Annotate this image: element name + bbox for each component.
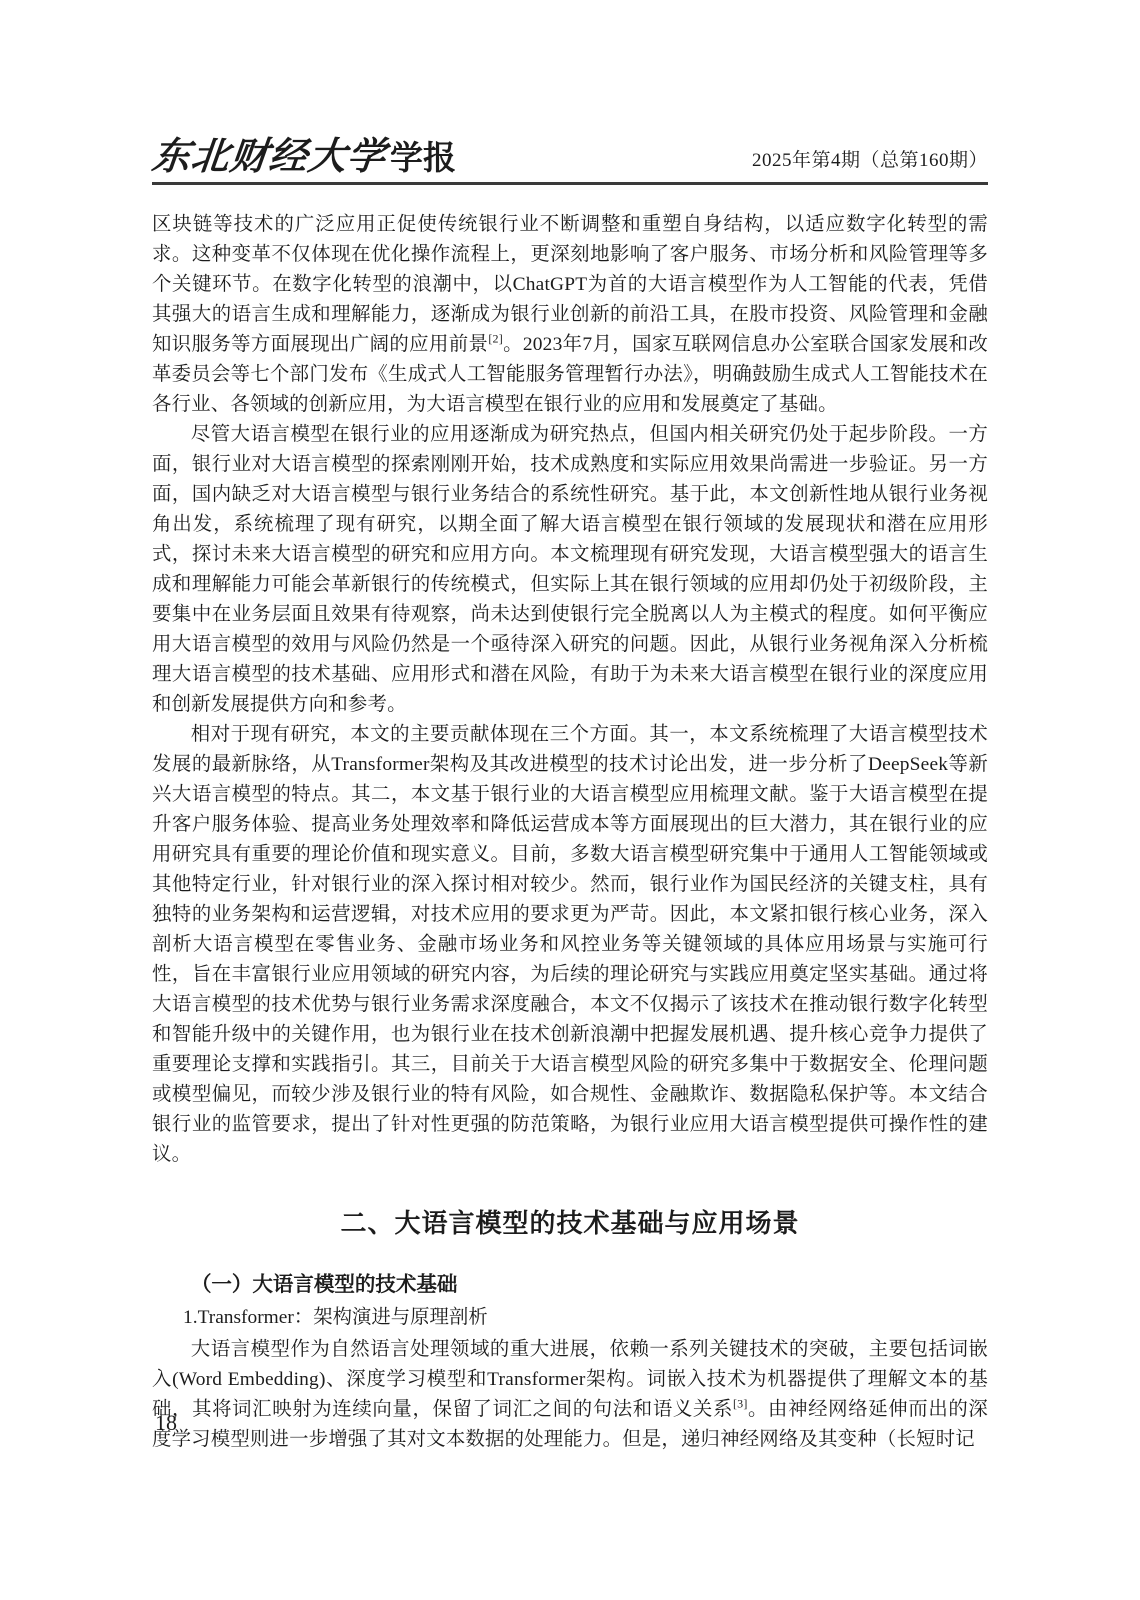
citation-ref: [2]	[488, 332, 503, 346]
page-header: 东北财经大学 学报 2025年第4期（总第160期）	[152, 138, 988, 185]
citation-ref: [3]	[733, 1397, 748, 1411]
issue-info: 2025年第4期（总第160期）	[752, 145, 988, 176]
journal-page: 东北财经大学 学报 2025年第4期（总第160期） 区块链等技术的广泛应用正促…	[0, 0, 1140, 1600]
journal-name-calligraphy: 东北财经大学	[150, 138, 388, 176]
paragraph-2: 尽管大语言模型在银行业的应用逐渐成为研究热点，但国内相关研究仍处于起步阶段。一方…	[152, 420, 988, 720]
article-body: 区块链等技术的广泛应用正促使传统银行业不断调整和重塑自身结构，以适应数字化转型的…	[152, 210, 988, 1455]
page-number: 18	[155, 1410, 177, 1436]
paragraph-1: 区块链等技术的广泛应用正促使传统银行业不断调整和重塑自身结构，以适应数字化转型的…	[152, 210, 988, 420]
section-heading: 二、大语言模型的技术基础与应用场景	[152, 1203, 988, 1240]
subsection-heading: （一）大语言模型的技术基础	[152, 1270, 988, 1300]
journal-logo: 东北财经大学 学报	[152, 138, 456, 176]
paragraph-3: 相对于现有研究，本文的主要贡献体现在三个方面。其一，本文系统梳理了大语言模型技术…	[152, 720, 988, 1170]
paragraph-4: 大语言模型作为自然语言处理领域的重大进展，依赖一系列关键技术的突破，主要包括词嵌…	[152, 1335, 988, 1455]
point-heading: 1.Transformer：架构演进与原理剖析	[152, 1303, 988, 1333]
journal-name-suffix: 学报	[390, 143, 456, 176]
